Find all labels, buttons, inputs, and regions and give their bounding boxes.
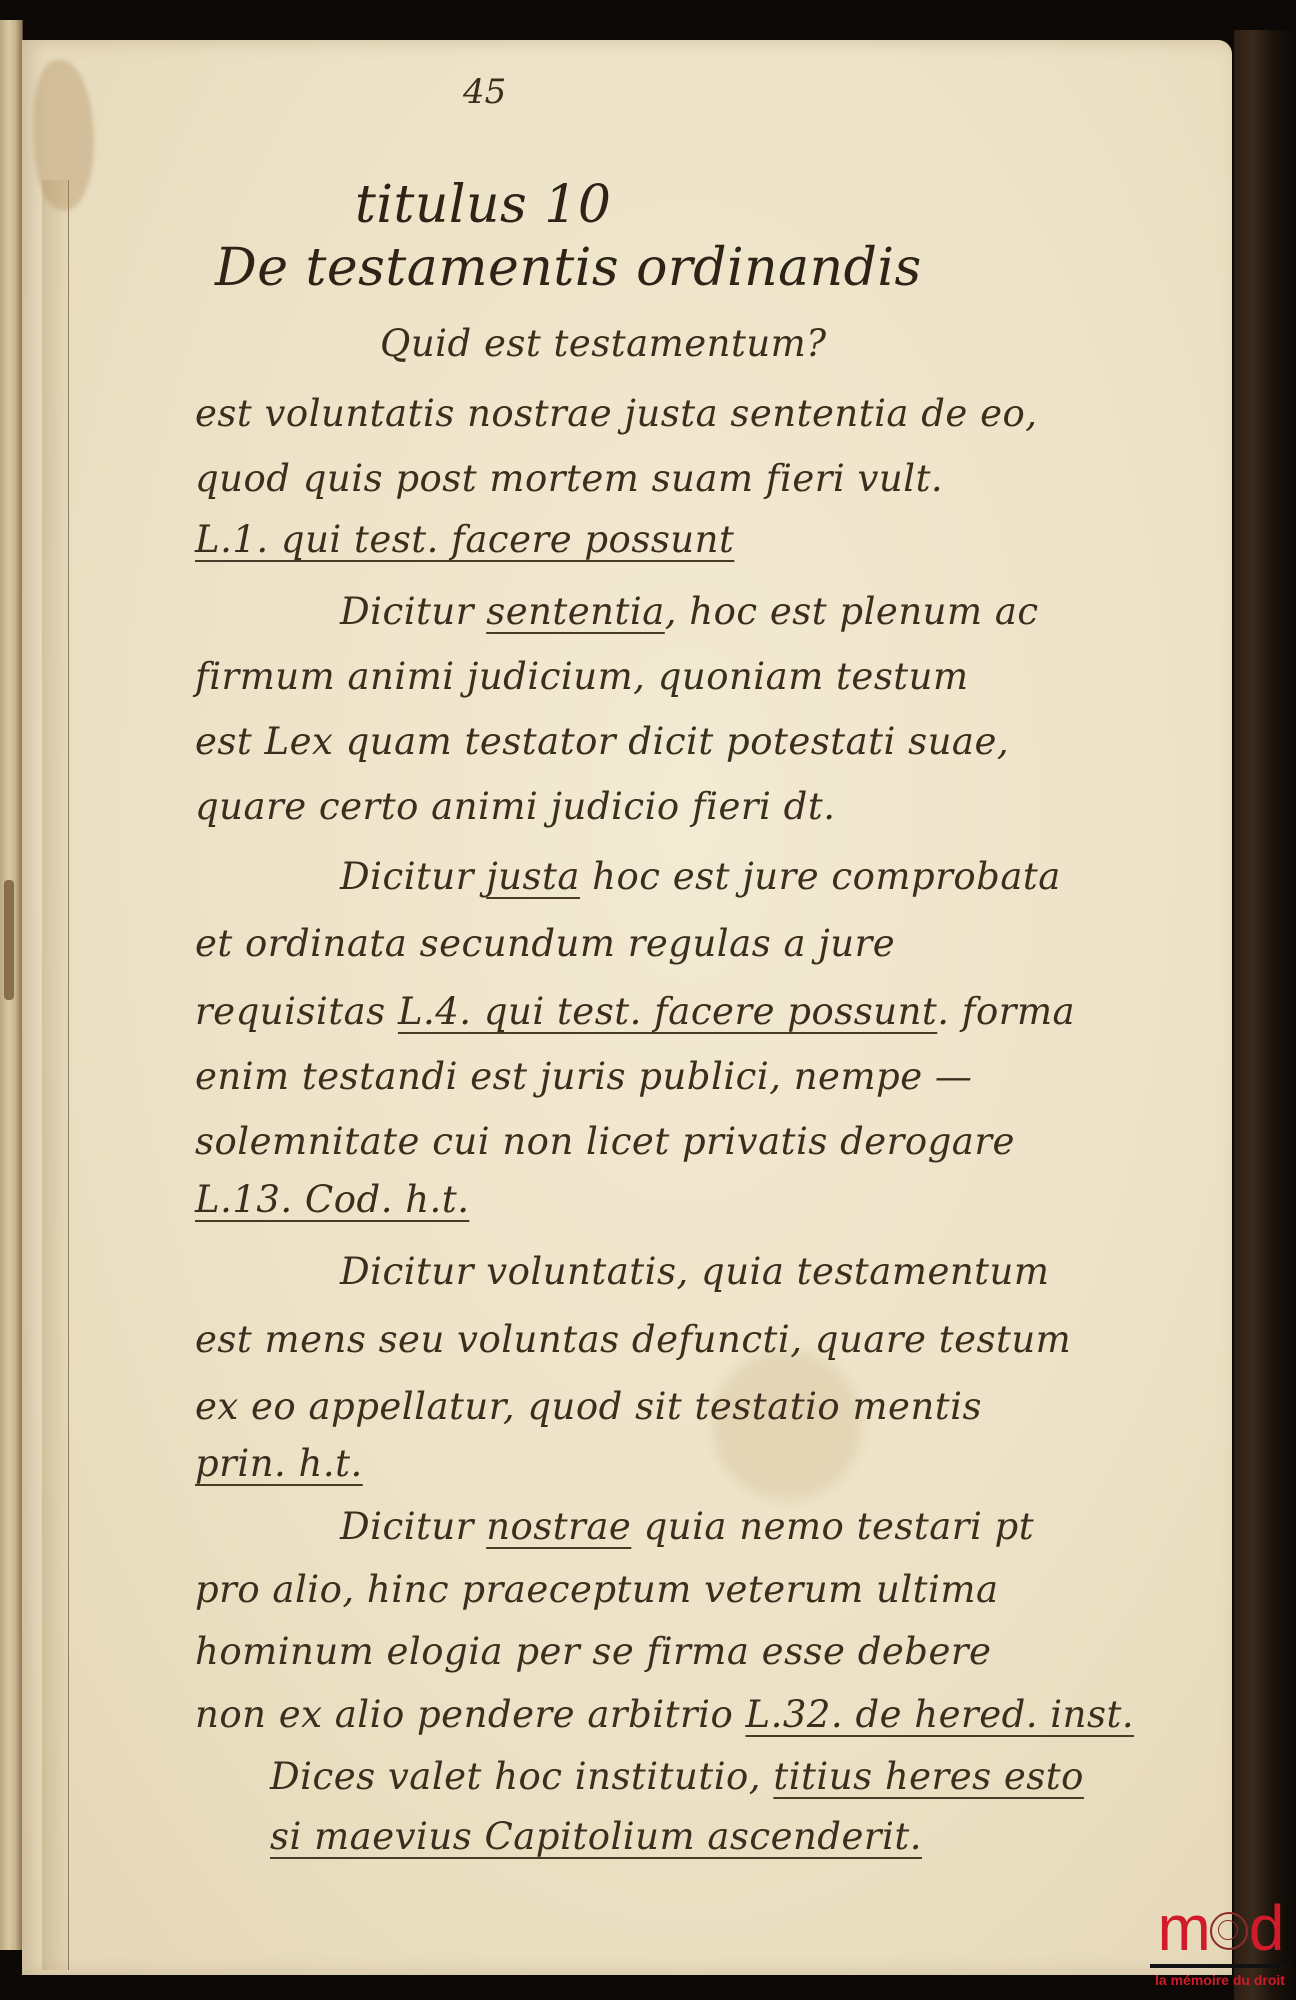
- underlined-citation: si maevius Capitolium ascenderit.: [270, 1815, 922, 1858]
- folio-number: 45: [463, 72, 506, 112]
- underlined-citation: prin. h.t.: [195, 1442, 363, 1485]
- underlined-citation: L.13. Cod. h.t.: [195, 1178, 469, 1221]
- manuscript-line: prin. h.t.: [195, 1442, 363, 1485]
- manuscript-line: L.1. qui test. facere possunt: [195, 518, 734, 561]
- manuscript-line: L.13. Cod. h.t.: [195, 1178, 469, 1221]
- manuscript-line: quare certo animi judicio fieri dt.: [195, 785, 835, 828]
- underlined-term: sententia: [486, 590, 665, 633]
- logo-letter-m: m: [1158, 1898, 1209, 1958]
- manuscript-line: Dicitur justa hoc est jure comprobata: [340, 855, 1061, 898]
- manuscript-line: enim testandi est juris publici, nempe —: [195, 1055, 972, 1098]
- underlined-term: justa: [486, 855, 580, 898]
- title-line-1: titulus 10: [355, 175, 611, 235]
- manuscript-scan: 45 titulus 10 De testamentis ordinandis …: [0, 0, 1296, 2000]
- binding-left-edge: [0, 20, 23, 1950]
- manuscript-line: Dicitur nostrae quia nemo testari pt: [340, 1505, 1034, 1548]
- underlined-term: L.4. qui test. facere possunt: [398, 990, 937, 1033]
- logo-ring-icon: [1210, 1912, 1248, 1950]
- manuscript-line: Dicitur sententia, hoc est plenum ac: [340, 590, 1039, 633]
- page-gutter-crease: [42, 180, 69, 1970]
- manuscript-line: Dicitur voluntatis, quia testamentum: [340, 1250, 1049, 1293]
- logo-mark: md: [1145, 1898, 1295, 1958]
- logo-letter-d: d: [1249, 1898, 1283, 1958]
- manuscript-line: est Lex quam testator dicit potestati su…: [195, 720, 1009, 763]
- title-line-2: De testamentis ordinandis: [215, 238, 922, 298]
- manuscript-line: Quid est testamentum?: [380, 322, 827, 365]
- manuscript-line: requisitas L.4. qui test. facere possunt…: [195, 990, 1075, 1033]
- underlined-term: titius heres esto: [773, 1755, 1084, 1798]
- manuscript-line: pro alio, hinc praeceptum veterum ultima: [195, 1568, 999, 1611]
- manuscript-line: et ordinata secundum regulas a jure: [195, 922, 895, 965]
- manuscript-line: est voluntatis nostrae justa sententia d…: [195, 392, 1038, 435]
- mdd-logo: md la mémoire du droit: [1145, 1898, 1295, 1988]
- manuscript-line: non ex alio pendere arbitrio L.32. de he…: [195, 1693, 1134, 1736]
- manuscript-line: ex eo appellatur, quod sit testatio ment…: [195, 1385, 982, 1428]
- manuscript-line: Dices valet hoc institutio, titius heres…: [270, 1755, 1084, 1798]
- logo-tagline: la mémoire du droit: [1145, 1972, 1295, 1988]
- book-cover-right-edge: [1234, 30, 1296, 2000]
- underlined-term: L.32. de hered. inst.: [746, 1693, 1135, 1736]
- manuscript-line: quod quis post mortem suam fieri vult.: [195, 457, 943, 500]
- manuscript-line: firmum animi judicium, quoniam testum: [195, 655, 969, 698]
- manuscript-line: solemnitate cui non licet privatis derog…: [195, 1120, 1015, 1163]
- manuscript-line: hominum elogia per se firma esse debere: [195, 1630, 991, 1673]
- underlined-term: nostrae: [486, 1505, 631, 1548]
- manuscript-line: est mens seu voluntas defuncti, quare te…: [195, 1318, 1071, 1361]
- logo-divider: [1150, 1964, 1290, 1968]
- water-stain: [34, 60, 94, 210]
- underlined-citation: L.1. qui test. facere possunt: [195, 518, 734, 561]
- manuscript-line: si maevius Capitolium ascenderit.: [270, 1815, 922, 1858]
